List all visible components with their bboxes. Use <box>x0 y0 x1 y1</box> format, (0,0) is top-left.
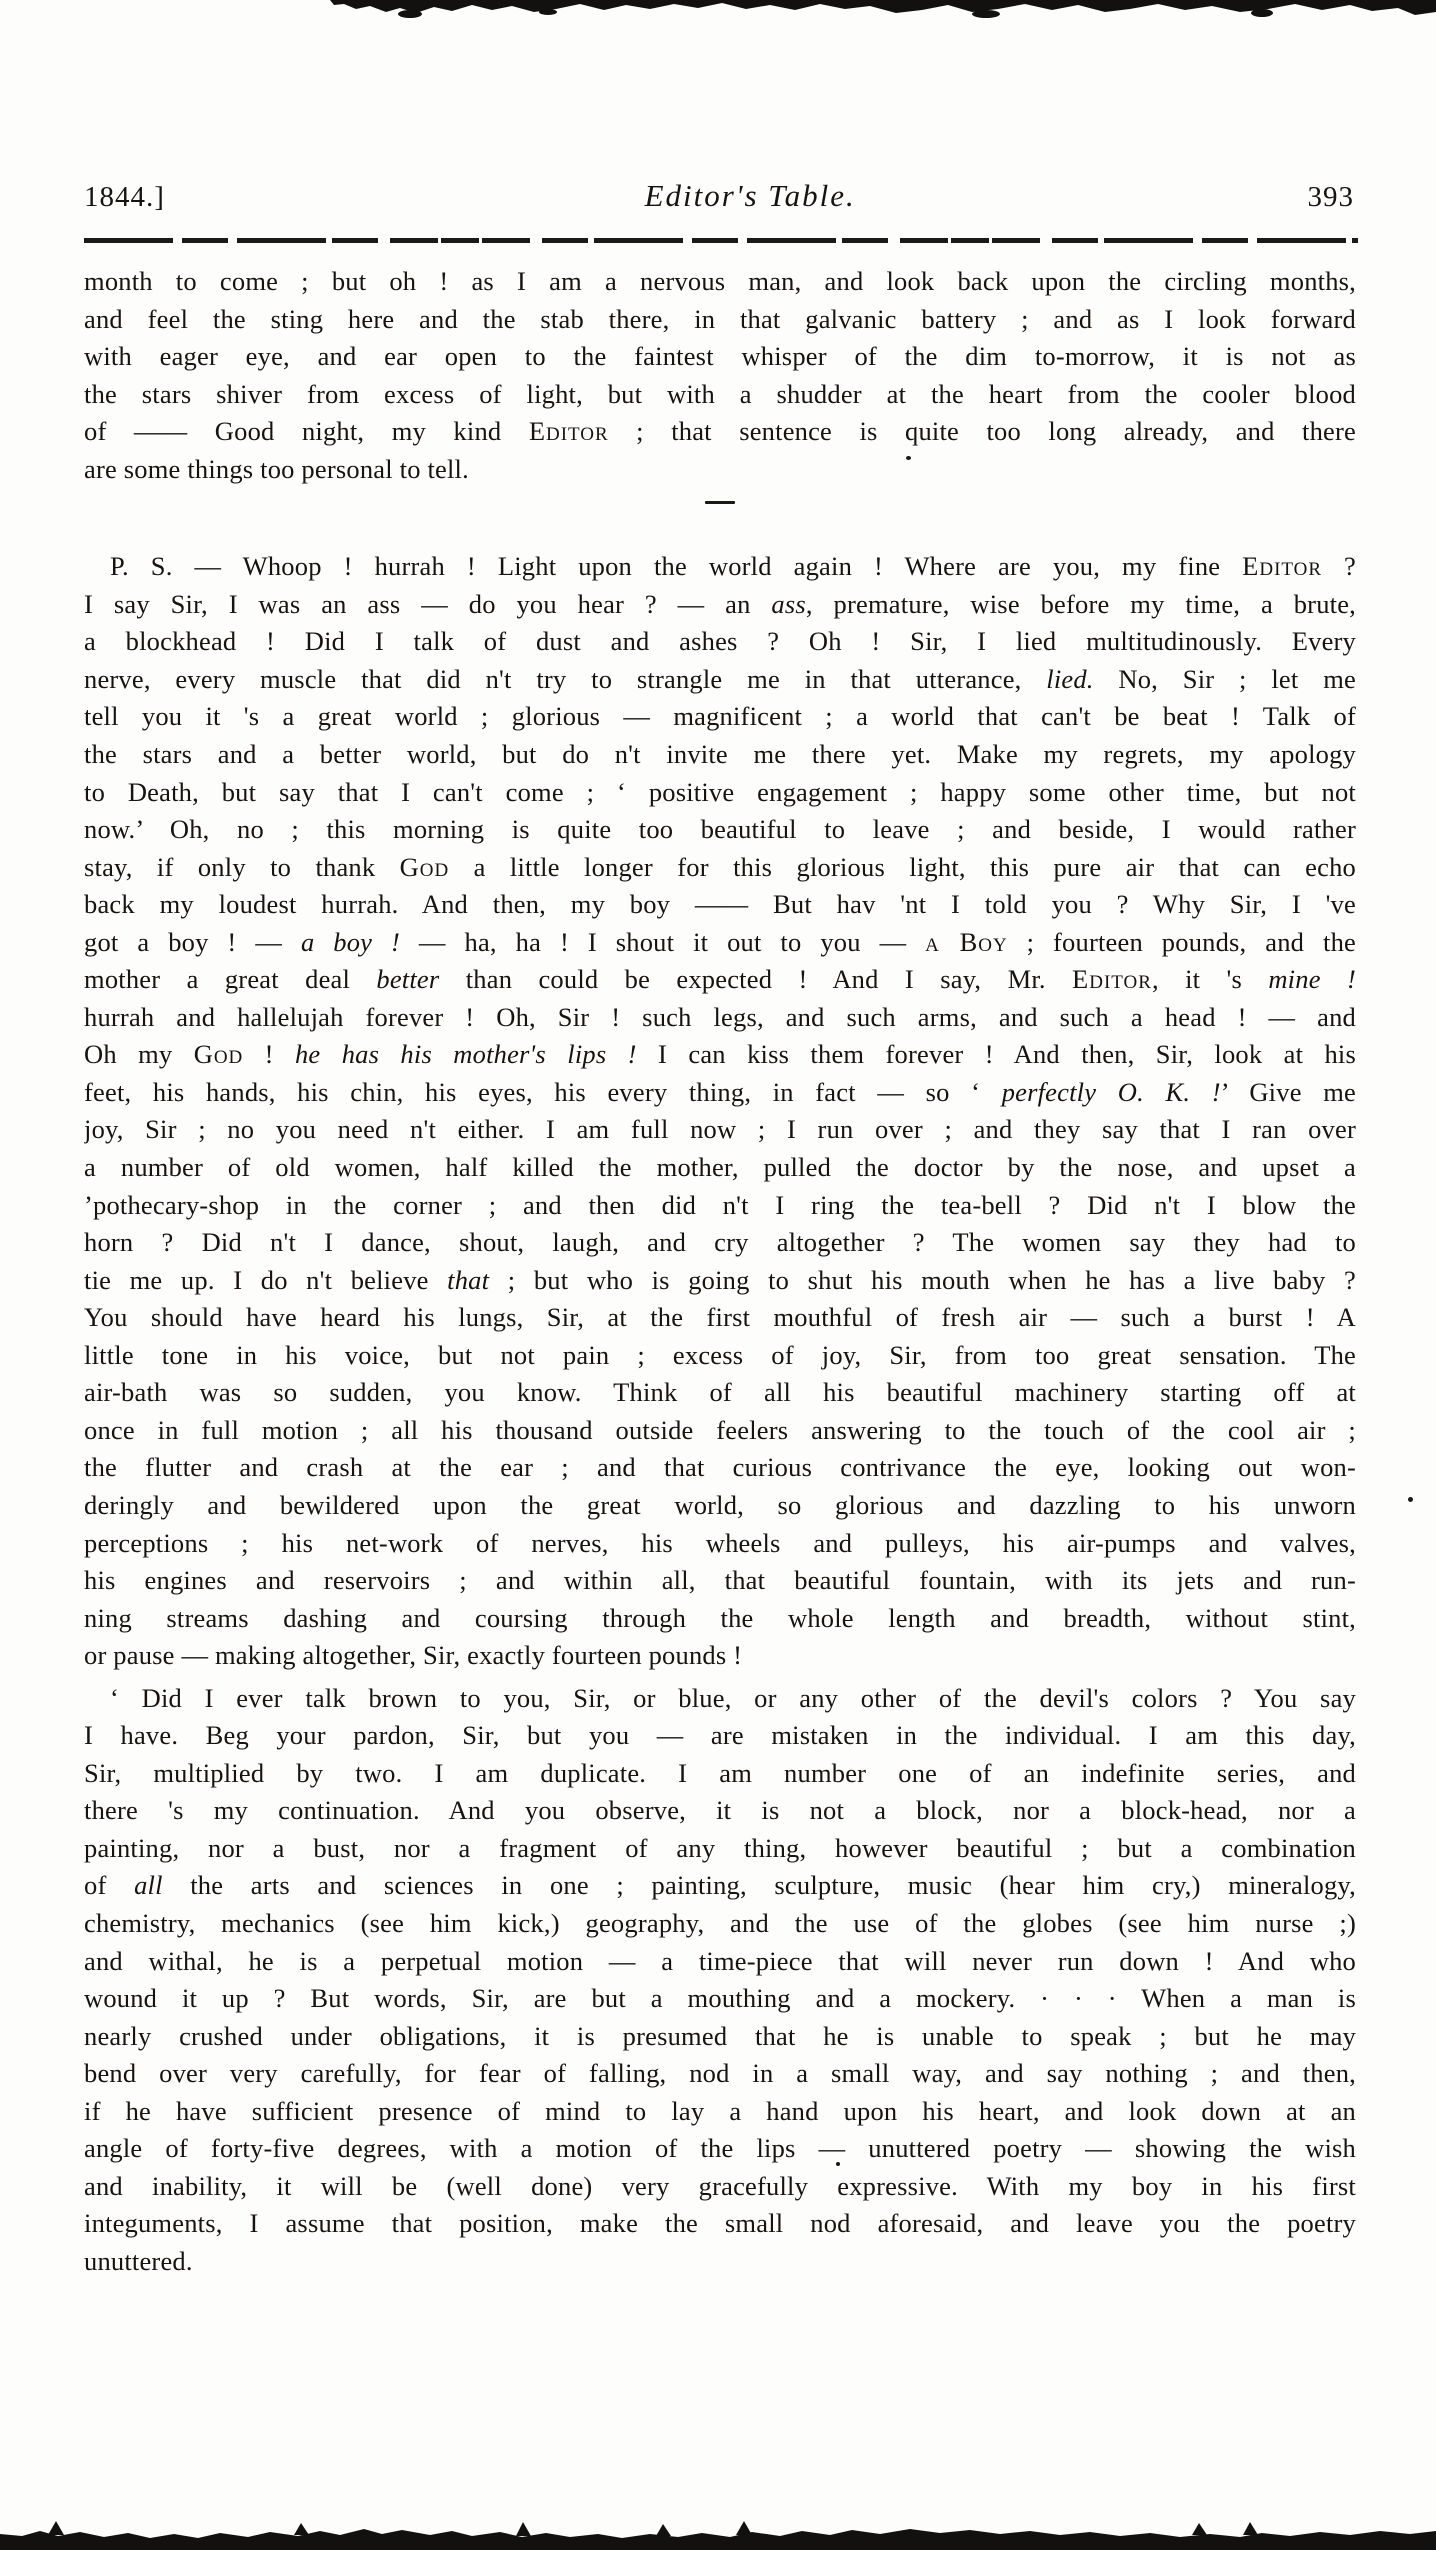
text-run: the stars and a better world, but do n't… <box>84 739 1356 769</box>
text-run: if he have sufficient presence of mind t… <box>84 2096 1356 2126</box>
italic-run: mine ! <box>1268 964 1356 994</box>
text-line: perceptions ; his net-work of nerves, hi… <box>84 1525 1356 1563</box>
text-line: P. S. — Whoop ! hurrah ! Light upon the … <box>84 548 1356 586</box>
text-line: Oh my God ! he has his mother's lips ! I… <box>84 1036 1356 1074</box>
text-run: deringly and bewildered upon the great w… <box>84 1490 1356 1520</box>
text-run: and feel the sting here and the stab the… <box>84 304 1356 334</box>
text-run: tie me up. I do n't believe <box>84 1265 447 1295</box>
text-run: his engines and reservoirs ; and within … <box>84 1565 1356 1595</box>
text-run: to Death, but say that I can't come ; ‘ … <box>84 777 1356 807</box>
text-line: to Death, but say that I can't come ; ‘ … <box>84 774 1356 812</box>
text-run: ’pothecary-shop in the corner ; and then… <box>84 1190 1356 1220</box>
smallcaps-run: Editor <box>529 416 609 446</box>
text-line: joy, Sir ; no you need n't either. I am … <box>84 1111 1356 1149</box>
text-line: got a boy ! — a boy ! — ha, ha ! I shout… <box>84 924 1356 962</box>
text-run: bend over very carefully, for fear of fa… <box>84 2058 1356 2088</box>
text-line: back my loudest hurrah. And then, my boy… <box>84 886 1356 924</box>
text-run: once in full motion ; all his thousand o… <box>84 1415 1356 1445</box>
italic-run: better <box>376 964 439 994</box>
italic-run: lied. <box>1046 664 1093 694</box>
smallcaps-run: Editor <box>1242 551 1322 581</box>
text-line: bend over very carefully, for fear of fa… <box>84 2055 1356 2093</box>
text-run: of —— Good night, my kind <box>84 416 529 446</box>
text-run: ; that sentence is quite too long alread… <box>609 416 1356 446</box>
text-line: unuttered. <box>84 2243 1356 2281</box>
page-text: month to come ; but oh ! as I am a nervo… <box>84 263 1356 2280</box>
text-run: wound it up ? But words, Sir, are but a … <box>84 1983 1356 2013</box>
text-run: the flutter and crash at the ear ; and t… <box>84 1452 1356 1482</box>
text-run: now.’ Oh, no ; this morning is quite too… <box>84 814 1356 844</box>
text-run: angle of forty-five degrees, with a moti… <box>84 2133 1356 2163</box>
italic-run: perfectly O. K. ! <box>1002 1077 1221 1107</box>
text-line: tie me up. I do n't believe that ; but w… <box>84 1262 1356 1300</box>
text-line: angle of forty-five degrees, with a moti… <box>84 2130 1356 2168</box>
text-line: nerve, every muscle that did n't try to … <box>84 661 1356 699</box>
text-line: mother a great deal better than could be… <box>84 961 1356 999</box>
text-run: with eager eye, and ear open to the fain… <box>84 341 1356 371</box>
text-line: ’pothecary-shop in the corner ; and then… <box>84 1187 1356 1225</box>
text-run: P. S. — Whoop ! hurrah ! Light upon the … <box>110 551 1242 581</box>
scan-speck <box>906 456 911 460</box>
text-run: feet, his hands, his chin, his eyes, his… <box>84 1077 1002 1107</box>
text-run: ; but who is going to shut his mouth whe… <box>489 1265 1356 1295</box>
text-line: the stars and a better world, but do n't… <box>84 736 1356 774</box>
text-run: Oh my <box>84 1039 194 1069</box>
italic-run: that <box>447 1265 489 1295</box>
text-run: ning streams dashing and coursing throug… <box>84 1603 1356 1633</box>
text-line: with eager eye, and ear open to the fain… <box>84 338 1356 376</box>
italic-run: ass <box>771 589 805 619</box>
section-separator <box>84 492 1356 512</box>
text-line: and withal, he is a perpetual motion — a… <box>84 1943 1356 1981</box>
text-run: mother a great deal <box>84 964 376 994</box>
text-run: the arts and sciences in one ; painting,… <box>163 1870 1356 1900</box>
text-run: a little longer for this glorious light,… <box>449 852 1356 882</box>
text-line: there 's my continuation. And you observ… <box>84 1792 1356 1830</box>
text-run: than could be expected ! And I say, Mr. <box>439 964 1072 994</box>
text-run: painting, nor a bust, nor a fragment of … <box>84 1833 1356 1863</box>
page-header: 1844.] Editor's Table. 393 <box>84 178 1354 214</box>
text-run: stay, if only to thank <box>84 852 400 882</box>
text-line: ning streams dashing and coursing throug… <box>84 1600 1356 1638</box>
header-rule <box>84 238 1358 243</box>
text-line: deringly and bewildered upon the great w… <box>84 1487 1356 1525</box>
text-run: of <box>84 1870 134 1900</box>
text-run: month to come ; but oh ! as I am a nervo… <box>84 266 1356 296</box>
smallcaps-run: God <box>194 1039 244 1069</box>
scan-edge-bottom-artifact <box>0 2508 1436 2550</box>
text-run: the stars shiver from excess of light, b… <box>84 379 1356 409</box>
text-run: nerve, every muscle that did n't try to … <box>84 664 1046 694</box>
text-line: ‘ Did I ever talk brown to you, Sir, or … <box>84 1680 1356 1718</box>
smallcaps-run: Editor <box>1072 964 1152 994</box>
text-run: I have. Beg your pardon, Sir, but you — … <box>84 1720 1356 1750</box>
text-line: chemistry, mechanics (see him kick,) geo… <box>84 1905 1356 1943</box>
text-run: nearly crushed under obligations, it is … <box>84 2021 1356 2051</box>
scan-speck <box>836 2162 840 2166</box>
text-run: No, Sir ; let me <box>1094 664 1356 694</box>
text-line: horn ? Did n't I dance, shout, laugh, an… <box>84 1224 1356 1262</box>
text-run: Sir, multiplied by two. I am duplicate. … <box>84 1758 1356 1788</box>
text-line: and inability, it will be (well done) ve… <box>84 2168 1356 2206</box>
text-line: or pause — making altogether, Sir, exact… <box>84 1637 1356 1675</box>
text-run: joy, Sir ; no you need n't either. I am … <box>84 1114 1356 1144</box>
text-run: unuttered. <box>84 2246 193 2276</box>
text-run: integuments, I assume that position, mak… <box>84 2208 1356 2238</box>
text-line: and feel the sting here and the stab the… <box>84 301 1356 339</box>
text-run: a number of old women, half killed the m… <box>84 1152 1356 1182</box>
text-run: ; fourteen pounds, and the <box>1008 927 1356 957</box>
text-run: I can kiss them forever ! And then, Sir,… <box>637 1039 1356 1069</box>
text-line: the stars shiver from excess of light, b… <box>84 376 1356 414</box>
text-line: integuments, I assume that position, mak… <box>84 2205 1356 2243</box>
header-date: 1844.] <box>84 181 165 214</box>
text-run: , premature, wise before my time, a brut… <box>806 589 1356 619</box>
separator-dash-icon <box>705 501 735 504</box>
text-line: once in full motion ; all his thousand o… <box>84 1412 1356 1450</box>
text-line: You should have heard his lungs, Sir, at… <box>84 1299 1356 1337</box>
text-line: air-bath was so sudden, you know. Think … <box>84 1374 1356 1412</box>
italic-run: he has his mother's lips ! <box>295 1039 637 1069</box>
text-run: You should have heard his lungs, Sir, at… <box>84 1302 1356 1332</box>
text-run: air-bath was so sudden, you know. Think … <box>84 1377 1356 1407</box>
text-run: I say Sir, I was an ass — do you hear ? … <box>84 589 771 619</box>
paragraph: P. S. — Whoop ! hurrah ! Light upon the … <box>84 548 1356 1674</box>
text-run: ‘ Did I ever talk brown to you, Sir, or … <box>110 1683 1356 1713</box>
smallcaps-run: God <box>400 852 450 882</box>
text-run: ! <box>243 1039 295 1069</box>
text-run: hurrah and hallelujah forever ! Oh, Sir … <box>84 1002 1356 1032</box>
text-run: chemistry, mechanics (see him kick,) geo… <box>84 1908 1356 1938</box>
text-line: little tone in his voice, but not pain ;… <box>84 1337 1356 1375</box>
header-page-number: 393 <box>1307 181 1354 214</box>
text-line: of —— Good night, my kind Editor ; that … <box>84 413 1356 451</box>
text-line: now.’ Oh, no ; this morning is quite too… <box>84 811 1356 849</box>
text-line: a blockhead ! Did I talk of dust and ash… <box>84 623 1356 661</box>
text-line: painting, nor a bust, nor a fragment of … <box>84 1830 1356 1868</box>
text-line: I say Sir, I was an ass — do you hear ? … <box>84 586 1356 624</box>
text-line: stay, if only to thank God a little long… <box>84 849 1356 887</box>
text-line: are some things too personal to tell. <box>84 451 1356 489</box>
text-line: wound it up ? But words, Sir, are but a … <box>84 1980 1356 2018</box>
text-run: and inability, it will be (well done) ve… <box>84 2171 1356 2201</box>
text-line: month to come ; but oh ! as I am a nervo… <box>84 263 1356 301</box>
paragraph: ‘ Did I ever talk brown to you, Sir, or … <box>84 1680 1356 2281</box>
scan-speck <box>1408 1497 1413 1502</box>
scan-edge-top-artifact <box>0 0 1436 20</box>
text-line: his engines and reservoirs ; and within … <box>84 1562 1356 1600</box>
text-run: there 's my continuation. And you observ… <box>84 1795 1356 1825</box>
italic-run: a boy ! <box>301 927 400 957</box>
text-run: got a boy ! — <box>84 927 301 957</box>
italic-run: all <box>134 1870 163 1900</box>
text-run: ? <box>1322 551 1356 581</box>
text-line: if he have sufficient presence of mind t… <box>84 2093 1356 2131</box>
text-run: perceptions ; his net-work of nerves, hi… <box>84 1528 1356 1558</box>
text-run: are some things too personal to tell. <box>84 454 469 484</box>
text-run: tell you it 's a great world ; glorious … <box>84 701 1356 731</box>
text-line: nearly crushed under obligations, it is … <box>84 2018 1356 2056</box>
text-run: horn ? Did n't I dance, shout, laugh, an… <box>84 1227 1356 1257</box>
text-run: a blockhead ! Did I talk of dust and ash… <box>84 626 1356 656</box>
paragraph-group-main: P. S. — Whoop ! hurrah ! Light upon the … <box>84 548 1356 2280</box>
text-line: Sir, multiplied by two. I am duplicate. … <box>84 1755 1356 1793</box>
smallcaps-run: a Boy <box>925 927 1008 957</box>
text-line: a number of old women, half killed the m… <box>84 1149 1356 1187</box>
text-run: ’ Give me <box>1221 1077 1356 1107</box>
text-line: tell you it 's a great world ; glorious … <box>84 698 1356 736</box>
text-line: feet, his hands, his chin, his eyes, his… <box>84 1074 1356 1112</box>
text-line: of all the arts and sciences in one ; pa… <box>84 1867 1356 1905</box>
text-line: the flutter and crash at the ear ; and t… <box>84 1449 1356 1487</box>
text-run: little tone in his voice, but not pain ;… <box>84 1340 1356 1370</box>
text-run: — ha, ha ! I shout it out to you — <box>400 927 925 957</box>
text-run: back my loudest hurrah. And then, my boy… <box>84 889 1356 919</box>
text-run: , it 's <box>1152 964 1268 994</box>
text-line: hurrah and hallelujah forever ! Oh, Sir … <box>84 999 1356 1037</box>
paragraph: month to come ; but oh ! as I am a nervo… <box>84 263 1356 488</box>
text-run: or pause — making altogether, Sir, exact… <box>84 1640 742 1670</box>
paragraph-group-top: month to come ; but oh ! as I am a nervo… <box>84 263 1356 488</box>
header-title: Editor's Table. <box>645 178 856 214</box>
text-line: I have. Beg your pardon, Sir, but you — … <box>84 1717 1356 1755</box>
text-run: and withal, he is a perpetual motion — a… <box>84 1946 1356 1976</box>
